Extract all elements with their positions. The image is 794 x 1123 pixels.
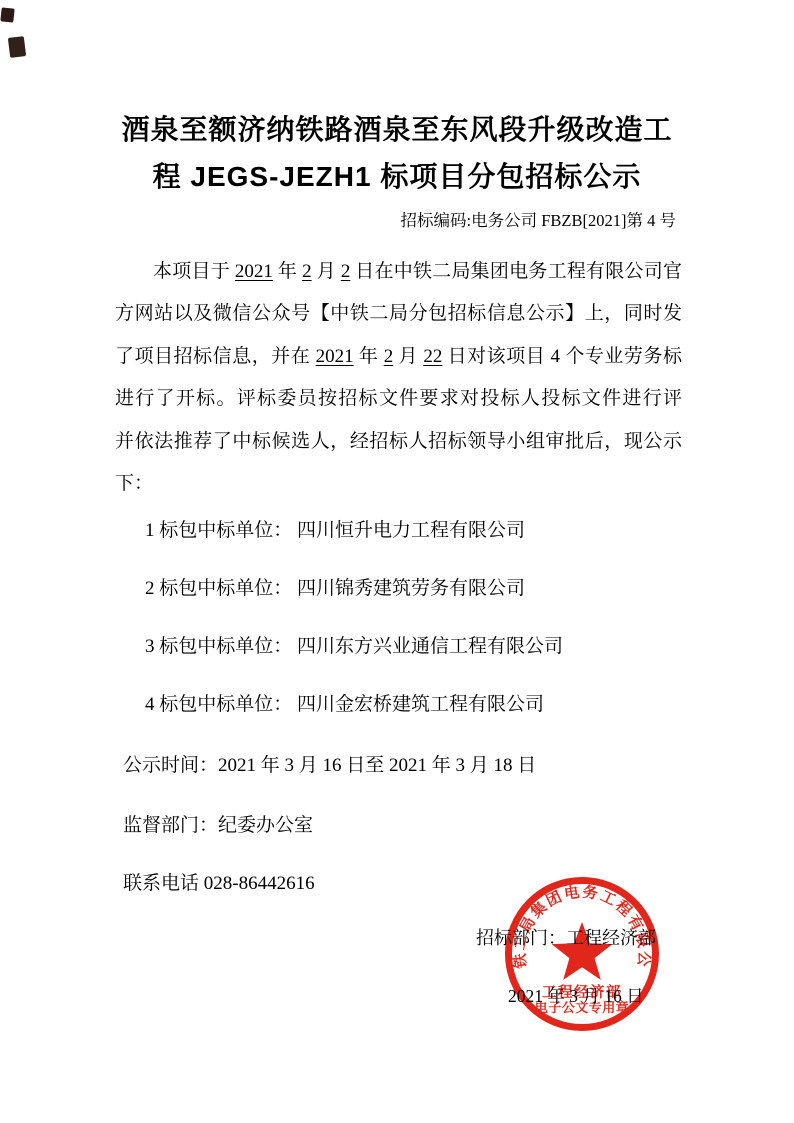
page-title-line1: 酒泉至额济纳铁路酒泉至东风段升级改造工 [0, 106, 794, 153]
underlined-date: 2 [302, 261, 312, 282]
winner-item: 3 标包中标单位： 四川东方兴业通信工程有限公司 [145, 635, 705, 693]
tender-code: 招标编码:电务公司 FBZB[2021]第 4 号 [401, 209, 676, 233]
text-segment: 下： [115, 473, 153, 494]
winner-item: 2 标包中标单位： 四川锦秀建筑劳务有限公司 [145, 577, 705, 635]
text-segment: 月 [312, 261, 341, 282]
paragraph: 本项目于 2021 年 2 月 2 日在中铁二局集团电务工程有限公司官方网站以及… [115, 251, 682, 505]
scan-blemish [0, 7, 14, 22]
red-star-icon [552, 922, 613, 980]
winner-list: 1 标包中标单位： 四川恒升电力工程有限公司2 标包中标单位： 四川锦秀建筑劳务… [145, 519, 705, 751]
official-seal: 中铁二局集团电务工程有限公司 工程经济部 电子公文专用章 [497, 869, 667, 1039]
underlined-date: 22 [423, 346, 442, 367]
winner-item: 4 标包中标单位： 四川金宏桥建筑工程有限公司 [145, 693, 705, 751]
underlined-date: 2 [384, 346, 394, 367]
paragraph-line: 了项目招标信息，并在 2021 年 2 月 22 日对该项目 4 个专业劳务标包 [115, 336, 682, 378]
page-title: 酒泉至额济纳铁路酒泉至东风段升级改造工 程 JEGS-JEZH1 标项目分包招标… [0, 106, 794, 200]
page-title-line2: 程 JEGS-JEZH1 标项目分包招标公示 [0, 153, 794, 200]
winner-item: 1 标包中标单位： 四川恒升电力工程有限公司 [145, 519, 705, 577]
text-segment: 本项目于 [153, 261, 235, 282]
paragraph-line: 进行了开标。评标委员按招标文件要求对投标人投标文件进行评审， [115, 378, 682, 420]
seal-center-line2: 电子公文专用章 [535, 1000, 630, 1015]
document-page: 酒泉至额济纳铁路酒泉至东风段升级改造工 程 JEGS-JEZH1 标项目分包招标… [0, 0, 794, 1123]
paragraph-line: 本项目于 2021 年 2 月 2 日在中铁二局集团电务工程有限公司官 [115, 251, 682, 293]
text-segment: 月 [393, 346, 423, 367]
text-segment: 了项目招标信息，并在 [115, 346, 316, 367]
text-segment: 进行了开标。评标委员按招标文件要求对投标人投标文件进行评审， [115, 388, 682, 420]
underlined-date: 2021 [235, 261, 273, 282]
underlined-date: 2021 [316, 346, 354, 367]
publicity-period: 公示时间：2021 年 3 月 16 日至 2021 年 3 月 18 日 [123, 754, 536, 778]
paragraph-line: 下： [115, 463, 682, 505]
underlined-date: 2 [341, 261, 351, 282]
text-segment: 年 [354, 346, 384, 367]
supervision-department: 监督部门：纪委办公室 [123, 814, 313, 838]
paragraph-line: 方网站以及微信公众号【中铁二局分包招标信息公示】上，同时发布 [115, 293, 682, 335]
text-segment: 日在中铁二局集团电务工程有限公司官 [350, 261, 682, 282]
text-segment: 年 [273, 261, 302, 282]
seal-center-line1: 工程经济部 [542, 983, 622, 1001]
scan-blemish [8, 36, 26, 58]
paragraph-line: 并依法推荐了中标候选人，经招标人招标领导小组审批后，现公示如 [115, 421, 682, 463]
contact-phone: 联系电话 028-86442616 [123, 872, 315, 896]
text-segment: 方网站以及微信公众号【中铁二局分包招标信息公示】上，同时发布 [115, 303, 682, 335]
text-segment: 并依法推荐了中标候选人，经招标人招标领导小组审批后，现公示如 [115, 431, 682, 463]
